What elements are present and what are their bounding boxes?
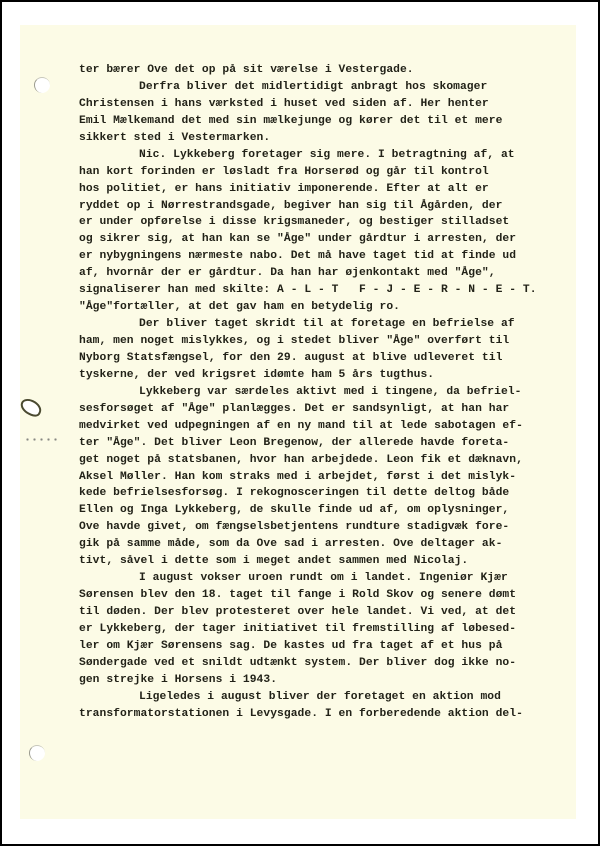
text-line: er under opførelse i disse krigsmaneder,…: [79, 214, 559, 231]
text-line: Aksel Møller. Han kom straks med i arbej…: [79, 469, 559, 486]
text-line: ryddet op i Nørrestrandsgade, begiver ha…: [79, 198, 559, 215]
text-line: og sikrer sig, at han kan se "Åge" under…: [79, 231, 559, 248]
punch-hole-top-icon: [34, 77, 50, 93]
text-line: transformatorstationen i Levysgade. I en…: [79, 706, 559, 723]
text-line: get noget på statsbanen, hvor han arbejd…: [79, 452, 559, 469]
text-line: tivt, såvel i dette som i meget andet sa…: [79, 553, 559, 570]
text-line: Sørensen blev den 18. taget til fange i …: [79, 587, 559, 604]
text-line: kede befrielsesforsøg. I rekognosceringe…: [79, 485, 559, 502]
text-line: er nybygningens nærmeste nabo. Det må ha…: [79, 248, 559, 265]
paragraph-first-line: Derfra bliver det midlertidigt anbragt h…: [79, 79, 559, 96]
paragraph-first-line: Lykkeberg var særdeles aktivt med i ting…: [79, 384, 559, 401]
paper-specks: [24, 437, 58, 443]
text-line: han kort forinden er løsladt fra Horserø…: [79, 164, 559, 181]
paragraph-first-line: Ligeledes i august bliver der foretaget …: [79, 689, 559, 706]
text-line: ter bærer Ove det op på sit værelse i Ve…: [79, 62, 559, 79]
text-line: gen strejke i Horsens i 1943.: [79, 672, 559, 689]
paragraph-first-line: Der bliver taget skridt til at foretage …: [79, 316, 559, 333]
text-line: ter "Åge". Det bliver Leon Bregenow, der…: [79, 435, 559, 452]
punch-hole-bottom-icon: [29, 745, 45, 761]
text-line: signaliserer han med skilte: A - L - T F…: [79, 282, 559, 299]
text-line: af, hvornår der er gårdtur. Da han har ø…: [79, 265, 559, 282]
text-line: Nyborg Statsfængsel, for den 29. august …: [79, 350, 559, 367]
text-line: Emil Mælkemand det med sin mælkejunge og…: [79, 113, 559, 130]
text-line: "Åge"fortæller, at det gav ham en betyde…: [79, 299, 559, 316]
text-line: Ellen og Inga Lykkeberg, de skulle finde…: [79, 502, 559, 519]
text-line: hos politiet, er hans initiativ imponere…: [79, 181, 559, 198]
text-line: ler om Kjær Sørensens sag. De kastes ud …: [79, 638, 559, 655]
text-line: sesforsøget af "Åge" planlægges. Det er …: [79, 401, 559, 418]
text-line: Ove havde givet, om fængselsbetjentens r…: [79, 519, 559, 536]
text-line: Søndergade ved et snildt udtænkt system.…: [79, 655, 559, 672]
text-line: medvirket ved udpegningen af en ny mand …: [79, 418, 559, 435]
text-line: tyskerne, der ved krigsret idømte ham 5 …: [79, 367, 559, 384]
text-line: er Lykkeberg, der tager initiativet til …: [79, 621, 559, 638]
text-line: gik på samme måde, som da Ove sad i arre…: [79, 536, 559, 553]
paragraph-first-line: Nic. Lykkeberg foretager sig mere. I bet…: [79, 147, 559, 164]
text-line: til døden. Der blev protesteret over hel…: [79, 604, 559, 621]
paragraph-first-line: I august vokser uroen rundt om i landet.…: [79, 570, 559, 587]
text-line: Christensen i hans værksted i huset ved …: [79, 96, 559, 113]
text-line: ham, men noget mislykkes, og i stedet bl…: [79, 333, 559, 350]
document-body: ter bærer Ove det op på sit værelse i Ve…: [79, 62, 559, 723]
text-line: sikkert sted i Vestermarken.: [79, 130, 559, 147]
